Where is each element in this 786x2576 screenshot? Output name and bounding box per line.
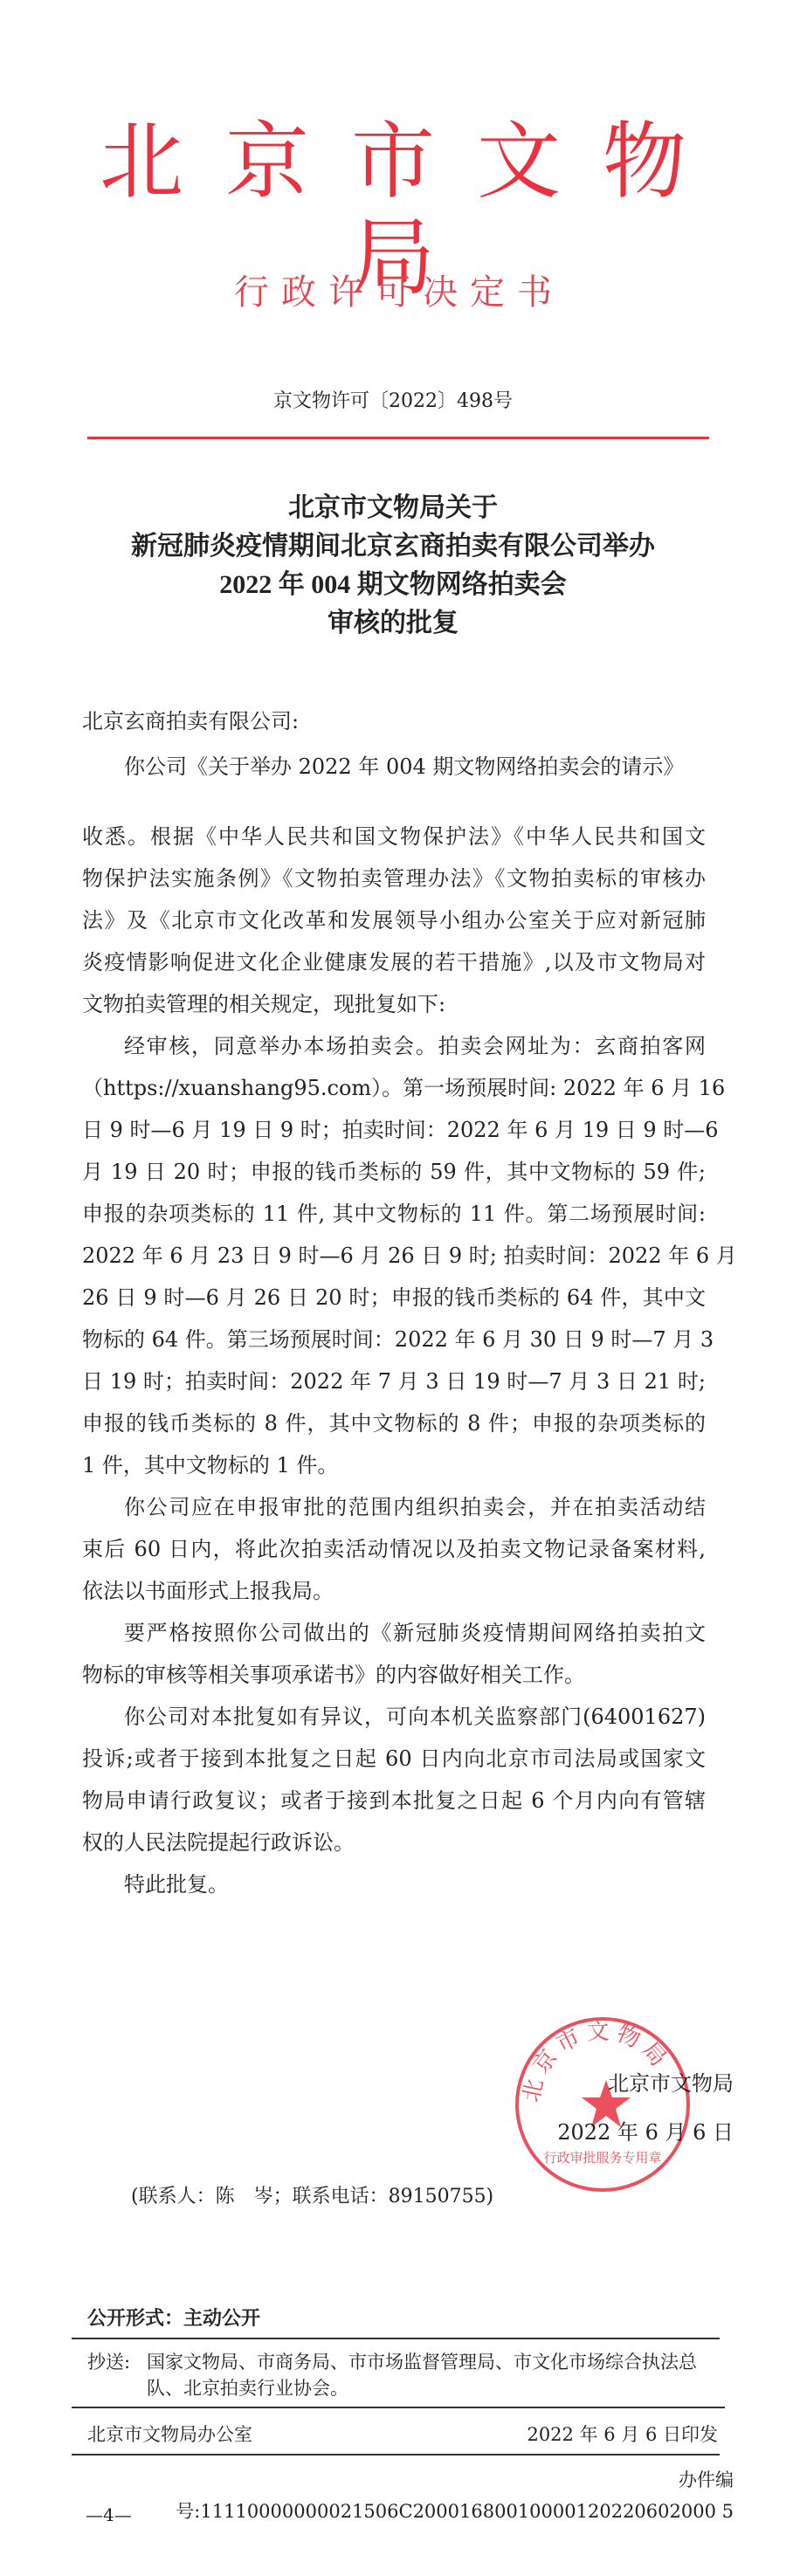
document-title: 北京市文物局关于 新冠肺炎疫情期间北京玄商拍卖有限公司举办 2022 年 004… (0, 489, 786, 643)
official-seal: 北京市文物局 行政审批服务专用章 (515, 2017, 690, 2192)
cc-recipients: 国家文物局、市商务局、市市场监督管理局、市文化市场综合执法总队、北京拍卖行业协会… (147, 2349, 730, 2401)
body-line: 物局申请行政复议；或者于接到本批复之日起 6 个月内向有管辖 (82, 1780, 706, 1822)
title-line: 新冠肺炎疫情期间北京玄商拍卖有限公司举办 (0, 527, 786, 566)
body-line: 收悉。根据《中华人民共和国文物保护法》《中华人民共和国文 (82, 816, 706, 858)
body-line: 2022 年 6 月 23 日 9 时—6 月 26 日 9 时; 拍卖时间：2… (82, 1235, 706, 1277)
title-line: 2022 年 004 期文物网络拍卖会 (0, 566, 786, 604)
body-line: 依法以书面形式上报我局。 (82, 1570, 706, 1612)
contact-info: (联系人：陈 岑；联系电话：89150755) (131, 2180, 493, 2214)
issue-date: 2022 年 6 月 6 日印发 (527, 2419, 718, 2450)
body-line: 物标的审核等相关事项承诺书》的内容做好相关工作。 (82, 1654, 706, 1696)
signature-date: 2022 年 6 月 6 日 (498, 2111, 734, 2153)
body-line: 物标的 64 件。第三场预展时间：2022 年 6 月 30 日 9 时—7 月… (82, 1319, 706, 1360)
body-line: 物保护法实施条例》《文物拍卖管理办法》《文物拍卖标的审核办 (82, 858, 706, 899)
body-line: 日 9 时—6 月 19 日 9 时；拍卖时间：2022 年 6 月 19 日 … (82, 1109, 706, 1151)
document-type: 行政许可决定书 (0, 266, 786, 319)
disclosure-type: 公开形式：主动公开 (87, 2304, 260, 2331)
salutation: 北京玄商拍卖有限公司: (82, 700, 706, 742)
case-number: 办件编号:11110000000021506C20001680010000120… (140, 2464, 734, 2527)
cc-label: 抄送: (87, 2349, 147, 2375)
body-line: 26 日 9 时—6 月 26 日 20 时；申报的钱币类标的 64 件，其中文 (82, 1277, 706, 1319)
body-line: 要严格按照你公司做出的《新冠肺炎疫情期间网络拍卖拍文 (82, 1612, 706, 1654)
letterhead-divider (87, 437, 709, 439)
body-line: （https://xuanshang95.com）。第一场预展时间: 2022 … (82, 1067, 706, 1109)
footer-divider (72, 2338, 720, 2339)
body-line: 文物拍卖管理的相关规定，现批复如下: (82, 983, 706, 1025)
title-line: 北京市文物局关于 (0, 489, 786, 527)
body-line: 束后 60 日内，将此次拍卖活动情况以及拍卖文物记录备案材料, (82, 1528, 706, 1570)
page-number: —4— (86, 2499, 132, 2531)
body-line: 经审核，同意举办本场拍卖会。拍卖会网址为：玄商拍客网 (82, 1025, 706, 1067)
title-line: 审核的批复 (0, 604, 786, 643)
body-line: 特此批复。 (82, 1863, 706, 1905)
document-number: 京文物许可〔2022〕498号 (0, 384, 786, 419)
body-line: 你公司应在申报审批的范围内组织拍卖会，并在拍卖活动结 (82, 1486, 706, 1528)
body-line: 1 件，其中文物标的 1 件。 (82, 1444, 706, 1486)
issuing-office: 北京市文物局办公室 (87, 2424, 252, 2445)
body-line: 你公司对本批复如有异议，可向本机关监察部门(64001627) (82, 1696, 706, 1738)
cc-list: 抄送:国家文物局、市商务局、市市场监督管理局、市文化市场综合执法总队、北京拍卖行… (87, 2349, 734, 2401)
body-line: 法》及《北京市文化改革和发展领导小组办公室关于应对新冠肺 (82, 899, 706, 941)
body-line: 权的人民法院提起行政诉讼。 (82, 1822, 706, 1863)
body-line: 月 19 日 20 时；申报的钱币类标的 59 件，其中文物标的 59 件; (82, 1151, 706, 1193)
footer-divider (72, 2407, 725, 2408)
body-text: 你公司《关于举办 2022 年 004 期文物网络拍卖会的请示》 收悉。根据《中… (82, 746, 706, 1905)
body-line: 投诉;或者于接到本批复之日起 60 日内向北京市司法局或国家文 (82, 1738, 706, 1780)
body-line: 炎疫情影响促进文化企业健康发展的若干措施》,以及市文物局对 (82, 941, 706, 983)
body-line: 申报的钱币类标的 8 件，其中文物标的 8 件；申报的杂项类标的 (82, 1402, 706, 1444)
body-line: 你公司《关于举办 2022 年 004 期文物网络拍卖会的请示》 (82, 746, 706, 788)
signature-agency: 北京市文物局 (498, 2063, 734, 2104)
body-gap (82, 788, 706, 816)
footer-divider (72, 2454, 720, 2455)
issuing-office-row: 北京市文物局办公室 2022 年 6 月 6 日印发 (87, 2419, 718, 2450)
body-line: 申报的杂项类标的 11 件, 其中文物标的 11 件。第二场预展时间: (82, 1193, 706, 1235)
body-line: 日 19 时；拍卖时间：2022 年 7 月 3 日 19 时—7 月 3 日 … (82, 1360, 706, 1402)
